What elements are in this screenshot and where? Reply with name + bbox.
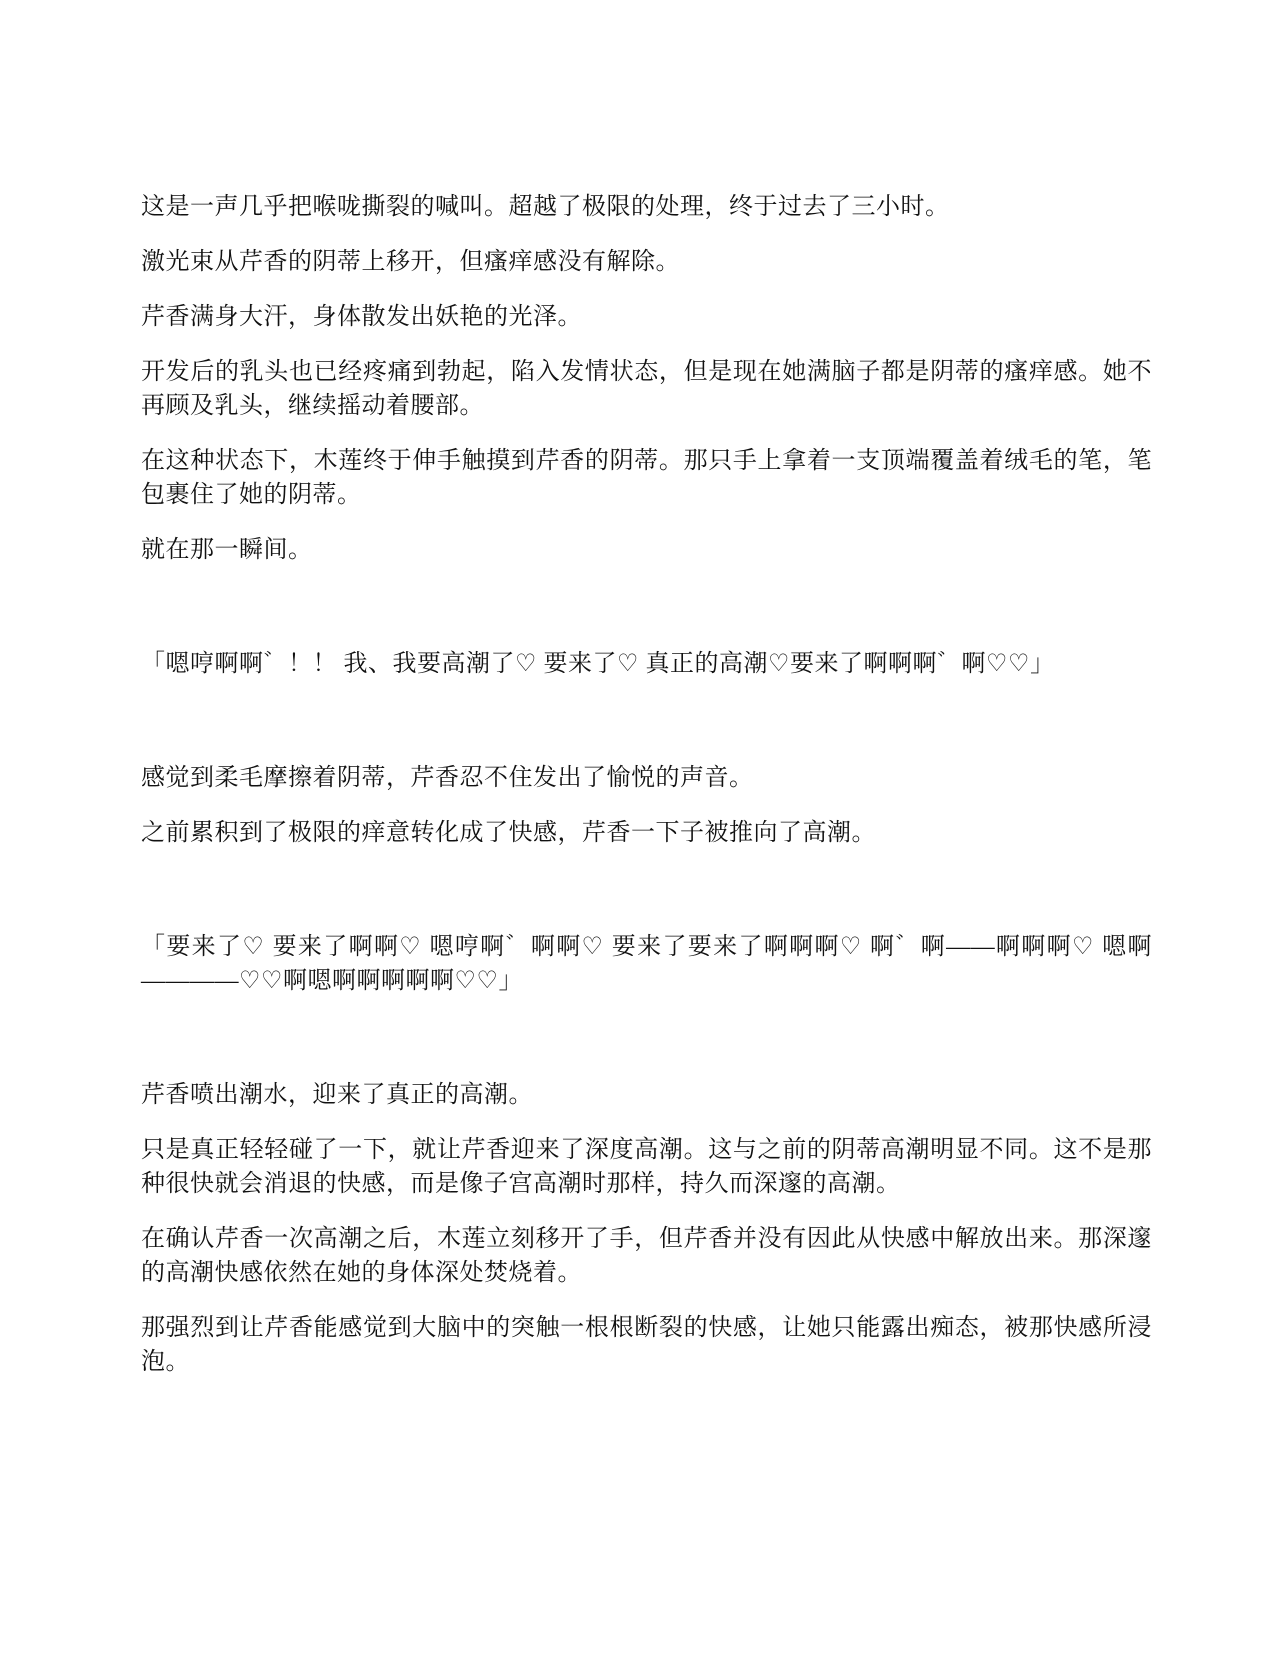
dialogue-paragraph: 「要来了♡ 要来了啊啊♡ 嗯哼啊゛啊啊♡ 要来了要来了啊啊啊♡ 啊゛啊——啊啊啊…: [141, 930, 1152, 998]
story-paragraph: 芹香满身大汗，身体散发出妖艳的光泽。: [141, 300, 1152, 334]
story-paragraph: 之前累积到了极限的痒意转化成了快感，芹香一下子被推向了高潮。: [141, 816, 1152, 850]
story-paragraph: 就在那一瞬间。: [141, 533, 1152, 567]
story-paragraph: 开发后的乳头也已经疼痛到勃起，陷入发情状态，但是现在她满脑子都是阴蒂的瘙痒感。她…: [141, 355, 1152, 423]
story-paragraph: 感觉到柔毛摩擦着阴蒂，芹香忍不住发出了愉悦的声音。: [141, 761, 1152, 795]
story-paragraph: 只是真正轻轻碰了一下，就让芹香迎来了深度高潮。这与之前的阴蒂高潮明显不同。这不是…: [141, 1133, 1152, 1201]
document-page: 这是一声几乎把喉咙撕裂的喊叫。超越了极限的处理，终于过去了三小时。激光束从芹香的…: [0, 0, 1280, 1656]
story-paragraph: 芹香喷出潮水，迎来了真正的高潮。: [141, 1078, 1152, 1112]
story-text: 这是一声几乎把喉咙撕裂的喊叫。超越了极限的处理，终于过去了三小时。激光束从芹香的…: [141, 190, 1152, 1379]
story-paragraph: 这是一声几乎把喉咙撕裂的喊叫。超越了极限的处理，终于过去了三小时。: [141, 190, 1152, 224]
story-paragraph: 那强烈到让芹香能感觉到大脑中的突触一根根断裂的快感，让她只能露出痴态，被那快感所…: [141, 1311, 1152, 1379]
story-paragraph: 在确认芹香一次高潮之后，木莲立刻移开了手，但芹香并没有因此从快感中解放出来。那深…: [141, 1222, 1152, 1290]
story-paragraph: 激光束从芹香的阴蒂上移开，但瘙痒感没有解除。: [141, 245, 1152, 279]
story-paragraph: 在这种状态下，木莲终于伸手触摸到芹香的阴蒂。那只手上拿着一支顶端覆盖着绒毛的笔，…: [141, 444, 1152, 512]
dialogue-paragraph: 「嗯哼啊啊゛！！ 我、我要高潮了♡ 要来了♡ 真正的高潮♡要来了啊啊啊゛啊♡♡」: [141, 647, 1152, 681]
